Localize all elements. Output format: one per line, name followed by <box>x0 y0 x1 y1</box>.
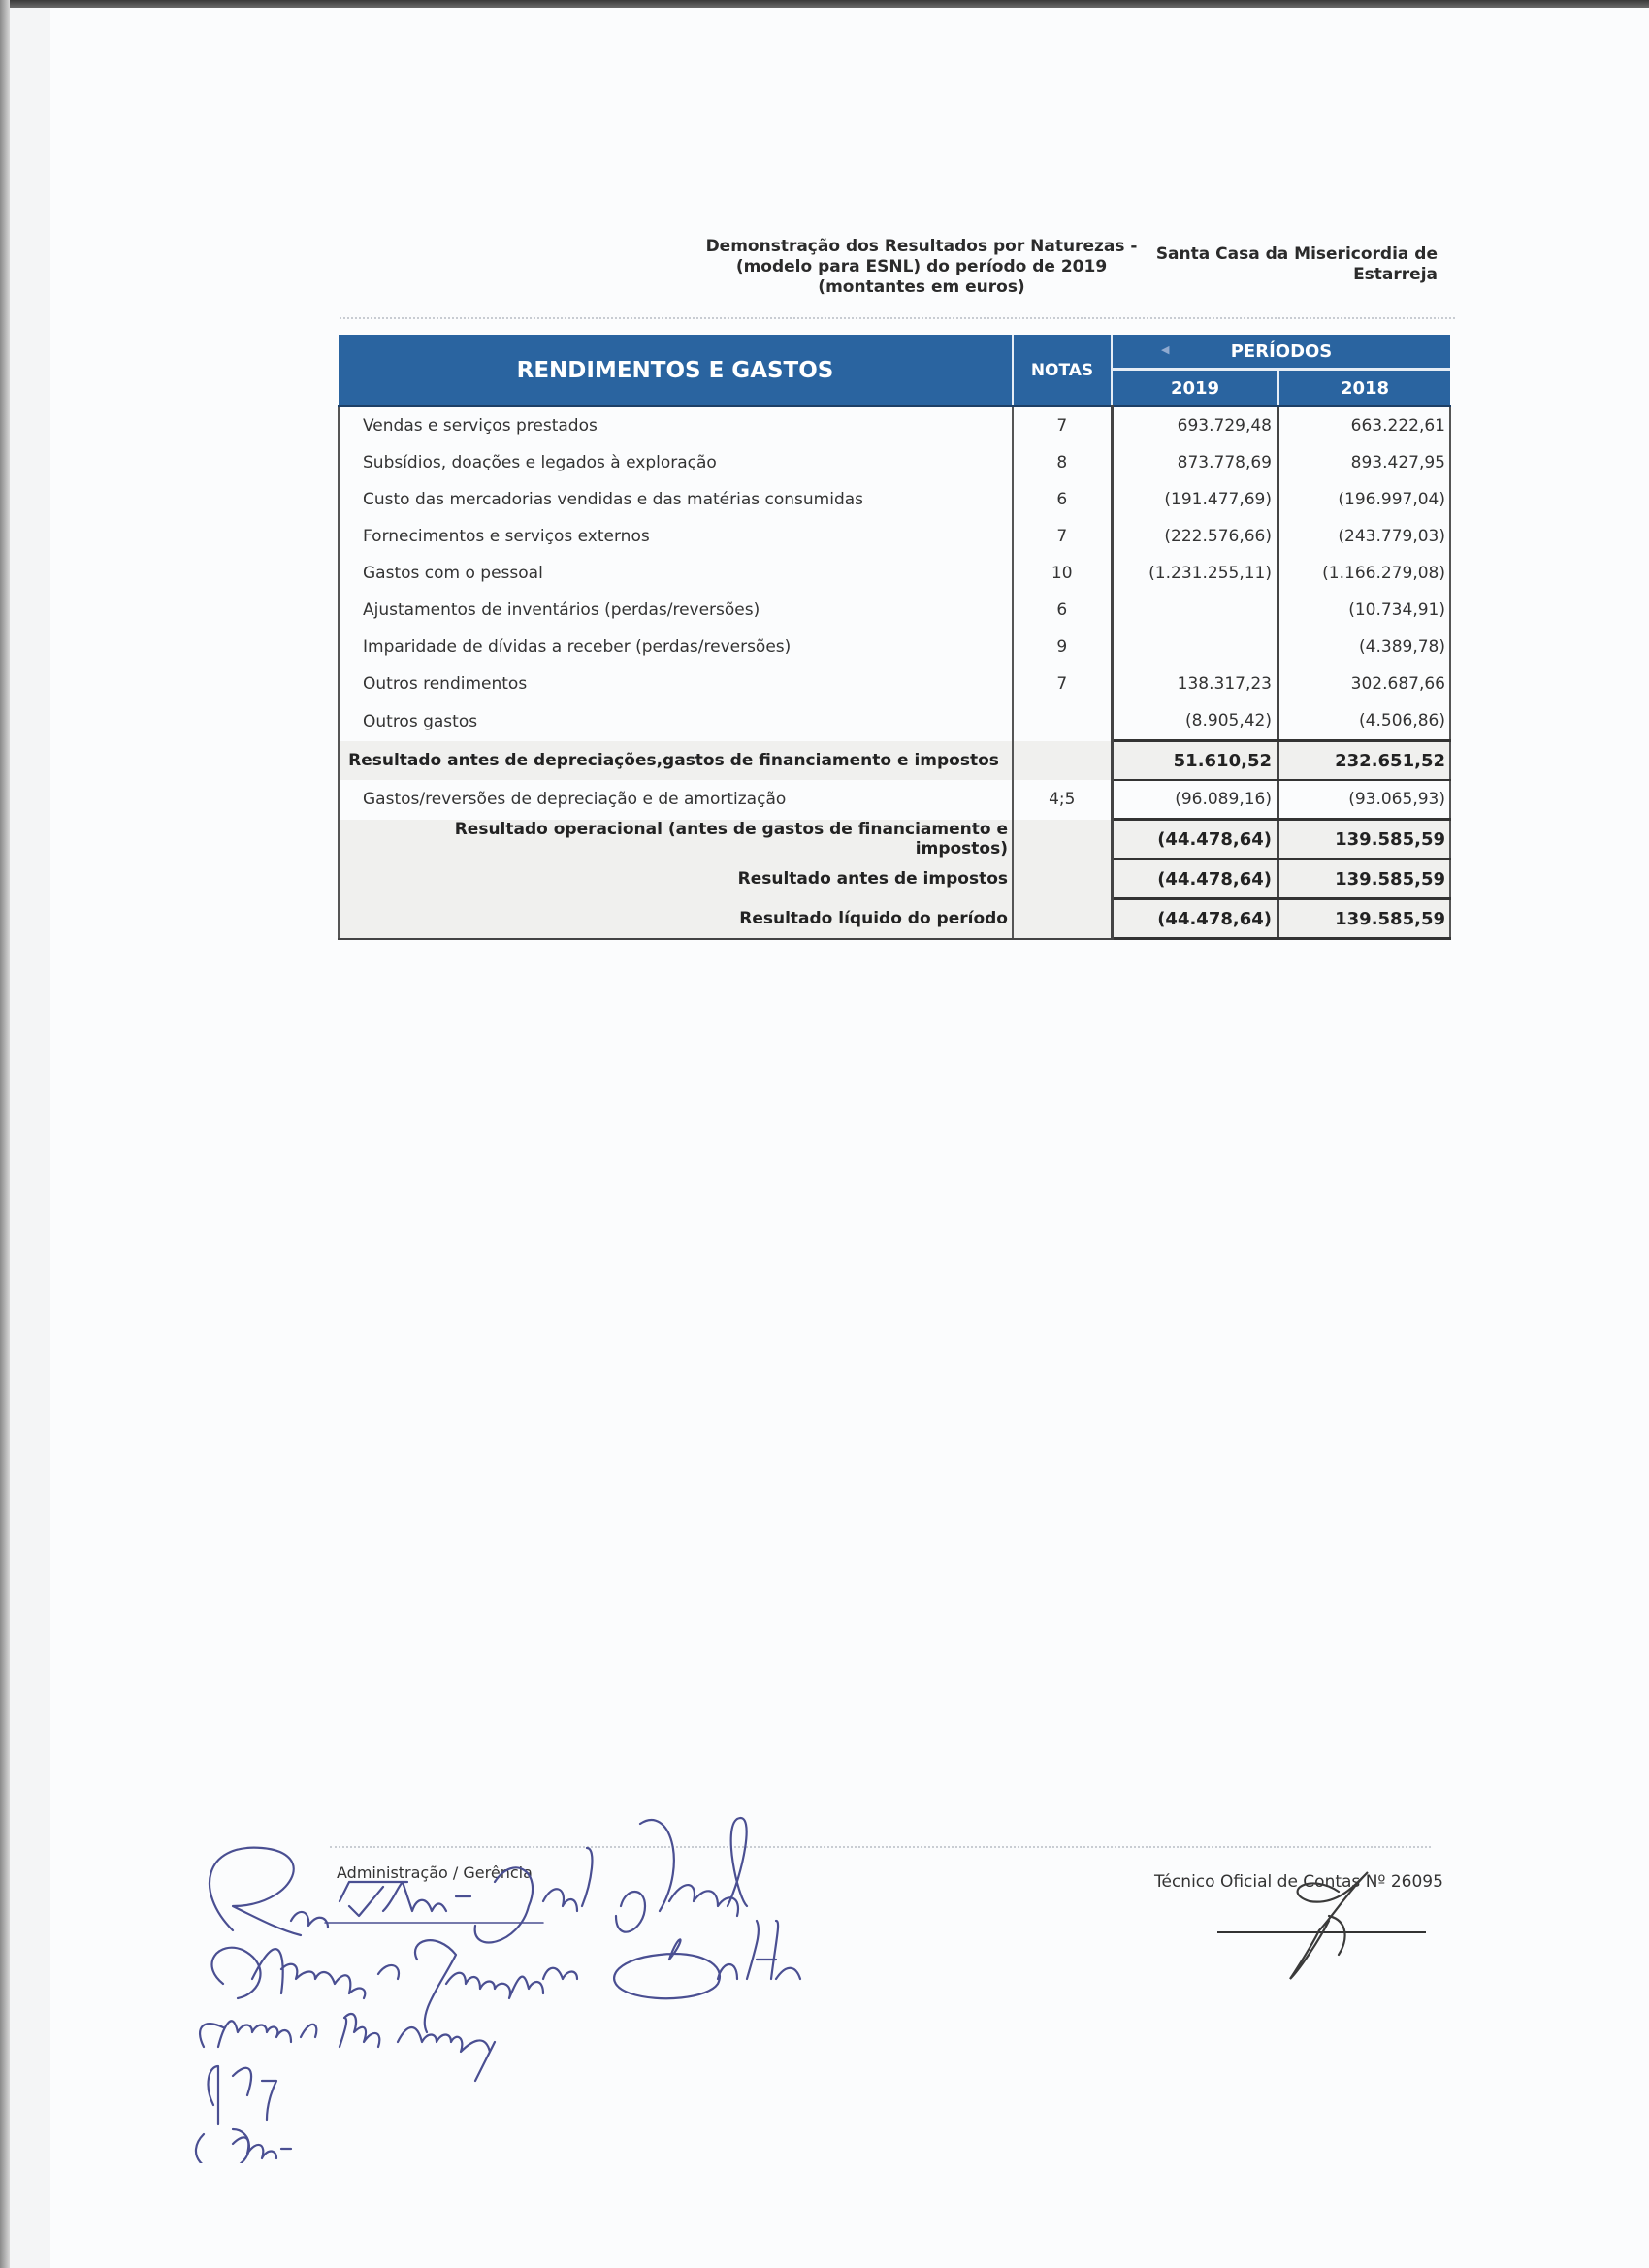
row-note <box>1013 899 1112 939</box>
row-label: Resultado antes de depreciações,gastos d… <box>339 741 1013 781</box>
table-row: Custo das mercadorias vendidas e das mat… <box>339 481 1450 518</box>
value-2018: (93.065,93) <box>1278 780 1450 820</box>
entity-line-1: Santa Casa da Misericordia de <box>1145 244 1438 265</box>
value-2019 <box>1112 592 1278 629</box>
value-2018: (196.997,04) <box>1278 481 1450 518</box>
row-note <box>1013 702 1112 741</box>
column-header-periods: ◀ PERÍODOS <box>1112 335 1450 370</box>
value-2019: 51.610,52 <box>1112 741 1278 781</box>
row-label: Vendas e serviços prestados <box>339 406 1013 444</box>
scan-edge-left <box>0 0 10 2268</box>
table-row: Imparidade de dívidas a receber (perdas/… <box>339 629 1450 665</box>
value-2018: (4.506,86) <box>1278 702 1450 741</box>
row-label: Resultado operacional (antes de gastos d… <box>339 820 1013 859</box>
table-row: Fornecimentos e serviços externos7(222.5… <box>339 518 1450 555</box>
value-2019: (44.478,64) <box>1112 859 1278 899</box>
document-title: Demonstração dos Resultados por Natureza… <box>679 237 1164 298</box>
scan-edge-top <box>0 0 1649 8</box>
row-note <box>1013 741 1112 781</box>
row-note: 4;5 <box>1013 780 1112 820</box>
entity-line-2: Estarreja <box>1145 265 1438 285</box>
handwritten-signatures <box>175 1814 1048 2163</box>
entity-name: Santa Casa da Misericordia de Estarreja <box>1145 244 1438 285</box>
title-line-3: (montantes em euros) <box>679 277 1164 298</box>
column-header-notes: NOTAS <box>1013 335 1112 406</box>
value-2018: 893.427,95 <box>1278 444 1450 481</box>
value-2018: 232.651,52 <box>1278 741 1450 781</box>
row-note: 8 <box>1013 444 1112 481</box>
column-header-items: RENDIMENTOS E GASTOS <box>339 335 1013 406</box>
triangle-marker-icon: ◀ <box>1161 343 1169 356</box>
row-label: Custo das mercadorias vendidas e das mat… <box>339 481 1013 518</box>
value-2019: (44.478,64) <box>1112 820 1278 859</box>
row-note: 7 <box>1013 665 1112 702</box>
value-2019: (96.089,16) <box>1112 780 1278 820</box>
subtotal-row: Resultado operacional (antes de gastos d… <box>339 820 1450 859</box>
value-2018: (4.389,78) <box>1278 629 1450 665</box>
title-line-1: Demonstração dos Resultados por Natureza… <box>679 237 1164 257</box>
table-row: Vendas e serviços prestados7693.729,4866… <box>339 406 1450 444</box>
row-note: 7 <box>1013 406 1112 444</box>
column-header-2019: 2019 <box>1112 370 1278 407</box>
value-2019: 138.317,23 <box>1112 665 1278 702</box>
value-2019: (8.905,42) <box>1112 702 1278 741</box>
row-note: 7 <box>1013 518 1112 555</box>
table-row: Outros rendimentos7138.317,23302.687,66 <box>339 665 1450 702</box>
accountant-signature <box>1271 1863 1387 1989</box>
row-note: 6 <box>1013 592 1112 629</box>
value-2019: (44.478,64) <box>1112 899 1278 939</box>
scan-margin <box>10 8 50 2268</box>
row-label: Outros gastos <box>339 702 1013 741</box>
value-2018: 302.687,66 <box>1278 665 1450 702</box>
row-label: Fornecimentos e serviços externos <box>339 518 1013 555</box>
value-2019: 693.729,48 <box>1112 406 1278 444</box>
row-label: Ajustamentos de inventários (perdas/reve… <box>339 592 1013 629</box>
table-row: Gastos/reversões de depreciação e de amo… <box>339 780 1450 820</box>
value-2018: 663.222,61 <box>1278 406 1450 444</box>
subtotal-row: Resultado antes de impostos(44.478,64)13… <box>339 859 1450 899</box>
value-2019 <box>1112 629 1278 665</box>
value-2018: 139.585,59 <box>1278 899 1450 939</box>
header-separator <box>339 317 1455 319</box>
row-note: 10 <box>1013 555 1112 592</box>
row-label: Outros rendimentos <box>339 665 1013 702</box>
row-label: Subsídios, doações e legados à exploraçã… <box>339 444 1013 481</box>
table-row: Subsídios, doações e legados à exploraçã… <box>339 444 1450 481</box>
title-line-2: (modelo para ESNL) do período de 2019 <box>679 257 1164 277</box>
column-header-2018: 2018 <box>1278 370 1450 407</box>
row-note: 6 <box>1013 481 1112 518</box>
value-2019: (222.576,66) <box>1112 518 1278 555</box>
row-label: Resultado antes de impostos <box>339 859 1013 899</box>
row-label: Imparidade de dívidas a receber (perdas/… <box>339 629 1013 665</box>
value-2019: 873.778,69 <box>1112 444 1278 481</box>
table-row: Ajustamentos de inventários (perdas/reve… <box>339 592 1450 629</box>
table-body: Vendas e serviços prestados7693.729,4866… <box>339 406 1450 939</box>
periods-label: PERÍODOS <box>1231 341 1333 362</box>
row-note: 9 <box>1013 629 1112 665</box>
table-row: Outros gastos(8.905,42)(4.506,86) <box>339 702 1450 741</box>
row-label: Resultado líquido do período <box>339 899 1013 939</box>
row-label: Gastos com o pessoal <box>339 555 1013 592</box>
value-2019: (1.231.255,11) <box>1112 555 1278 592</box>
income-statement-table: RENDIMENTOS E GASTOS NOTAS ◀ PERÍODOS 20… <box>338 335 1451 940</box>
row-note <box>1013 820 1112 859</box>
value-2018: 139.585,59 <box>1278 820 1450 859</box>
value-2018: (1.166.279,08) <box>1278 555 1450 592</box>
row-note <box>1013 859 1112 899</box>
value-2019: (191.477,69) <box>1112 481 1278 518</box>
table-row: Gastos com o pessoal10(1.231.255,11)(1.1… <box>339 555 1450 592</box>
subtotal-row: Resultado antes de depreciações,gastos d… <box>339 741 1450 781</box>
value-2018: (243.779,03) <box>1278 518 1450 555</box>
value-2018: (10.734,91) <box>1278 592 1450 629</box>
value-2018: 139.585,59 <box>1278 859 1450 899</box>
subtotal-row: Resultado líquido do período(44.478,64)1… <box>339 899 1450 939</box>
row-label: Gastos/reversões de depreciação e de amo… <box>339 780 1013 820</box>
